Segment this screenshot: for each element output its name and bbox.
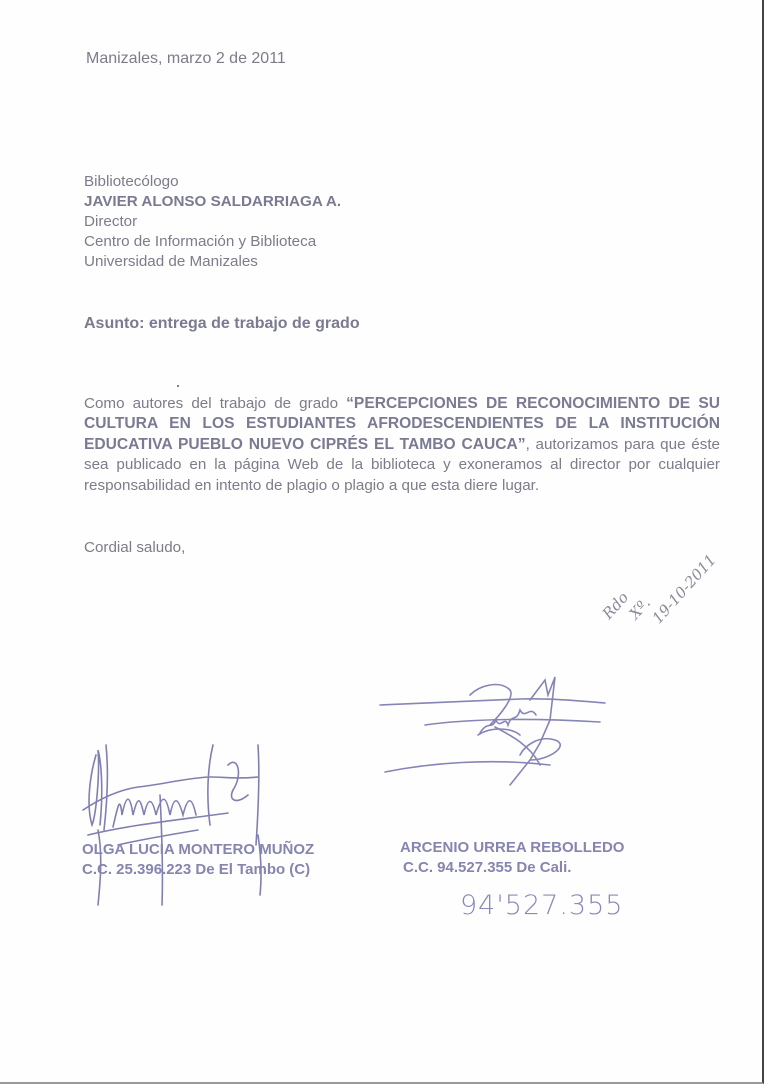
handwritten-annotation: Rdo Xº. 19-10-2011 bbox=[598, 523, 721, 650]
recipient-block: Bibliotecólogo JAVIER ALONSO SALDARRIAGA… bbox=[84, 172, 341, 272]
signatory-2: ARCENIO URREA REBOLLEDO C.C. 94.527.355 … bbox=[400, 838, 624, 878]
place-date: Manizales, marzo 2 de 2011 bbox=[86, 49, 286, 69]
closing: Cordial saludo, bbox=[84, 538, 185, 558]
signatory-1-id: C.C. 25.396.223 De El Tambo (C) bbox=[82, 860, 314, 880]
signature-olga-montero bbox=[78, 735, 293, 910]
recipient-title: Bibliotecólogo bbox=[84, 172, 341, 192]
body-intro: Como autores del trabajo de grado bbox=[84, 395, 346, 412]
signature-arcenio-urrea bbox=[380, 665, 610, 795]
recipient-position: Director bbox=[84, 212, 341, 232]
signatory-2-name: ARCENIO URREA REBOLLEDO bbox=[400, 838, 624, 858]
recipient-institution: Universidad de Manizales bbox=[84, 252, 341, 272]
letter-body: Como autores del trabajo de grado “PERCE… bbox=[84, 394, 720, 496]
scanned-letter-page: Manizales, marzo 2 de 2011 Bibliotecólog… bbox=[0, 0, 764, 1084]
scan-speck bbox=[177, 385, 179, 387]
subject-line: Asunto: entrega de trabajo de grado bbox=[84, 314, 360, 334]
signatory-2-id: C.C. 94.527.355 De Cali. bbox=[400, 858, 624, 878]
signatory-1-name: OLGA LUCIA MONTERO MUÑOZ bbox=[82, 840, 314, 860]
handwritten-id-number: 94'527.355 bbox=[460, 890, 623, 921]
recipient-name: JAVIER ALONSO SALDARRIAGA A. bbox=[84, 192, 341, 212]
recipient-department: Centro de Información y Biblioteca bbox=[84, 232, 341, 252]
signatory-1: OLGA LUCIA MONTERO MUÑOZ C.C. 25.396.223… bbox=[82, 840, 314, 880]
